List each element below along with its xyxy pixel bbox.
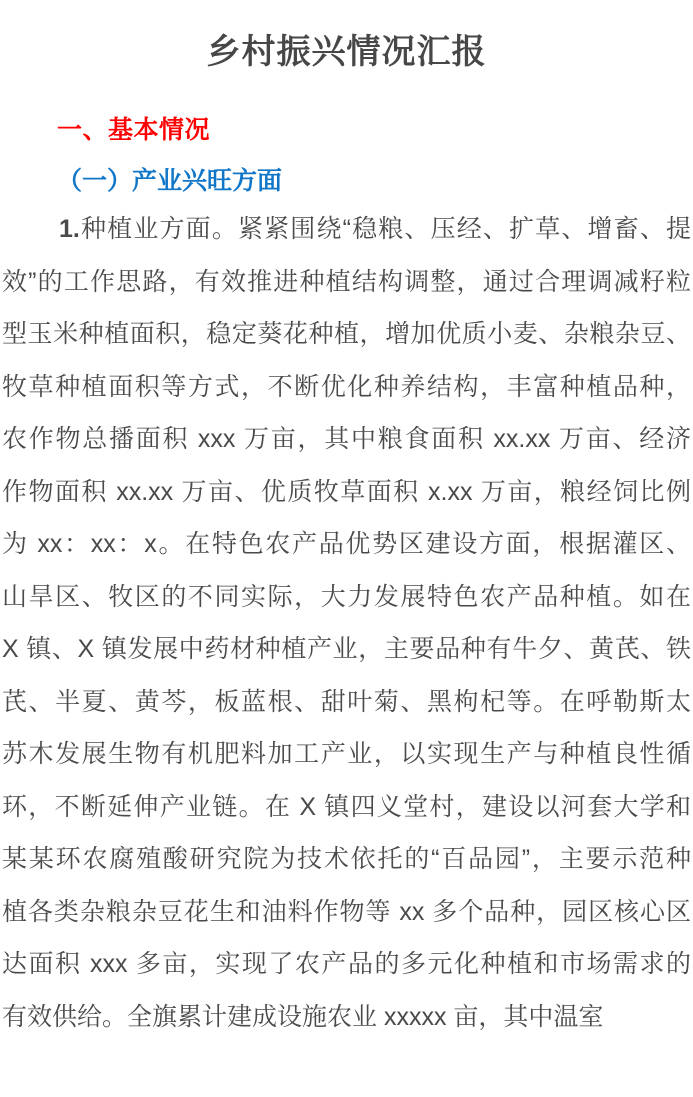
body-paragraph: 1.种植业方面。紧紧围绕“稳粮、压经、扩草、增畜、提 效”的工作思路，有效推进种… — [0, 203, 693, 1043]
section-heading-basic-situation: 一、基本情况 — [0, 113, 693, 147]
paragraph-line-text: 种植业方面。紧紧围绕“稳粮、压经、扩草、增畜、提 — [80, 215, 691, 243]
paragraph-line: 农作物总播面积 xxx 万亩，其中粮食面积 xx.xx 万亩、经济 — [2, 413, 691, 466]
paragraph-line: 作物面积 xx.xx 万亩、优质牧草面积 x.xx 万亩，粮经饲比例 — [2, 466, 691, 519]
paragraph-line: X 镇、X 镇发展中药材种植产业，主要品种有牛夕、黄芪、铁 — [2, 623, 691, 676]
paragraph-line: 有效供给。全旗累计建成设施农业 xxxxx 亩，其中温室 — [2, 991, 691, 1044]
paragraph-line: 某某环农腐殖酸研究院为技术依托的“百品园”，主要示范种 — [2, 833, 691, 886]
paragraph-line: 效”的工作思路，有效推进种植结构调整，通过合理调减籽粒 — [2, 256, 691, 309]
paragraph-line: 环，不断延伸产业链。在 X 镇四义堂村，建设以河套大学和 — [2, 781, 691, 834]
paragraph-line: 达面积 xxx 多亩，实现了农产品的多元化种植和市场需求的 — [2, 938, 691, 991]
paragraph-line: 芪、半夏、黄芩，板蓝根、甜叶菊、黑枸杞等。在呼勒斯太 — [2, 676, 691, 729]
list-number: 1. — [59, 215, 80, 243]
paragraph-line: 山旱区、牧区的不同实际，大力发展特色农产品种植。如在 — [2, 571, 691, 624]
paragraph-line: 植各类杂粮杂豆花生和油料作物等 xx 多个品种，园区核心区 — [2, 886, 691, 939]
paragraph-line: 为 xx：xx：x。在特色农产品优势区建设方面，根据灌区、 — [2, 518, 691, 571]
document-title: 乡村振兴情况汇报 — [0, 28, 693, 76]
paragraph-line: 牧草种植面积等方式，不断优化种养结构，丰富种植品种， — [2, 361, 691, 414]
subsection-heading-industry-prosperity: （一）产业兴旺方面 — [0, 164, 693, 198]
paragraph-line: 苏木发展生物有机肥料加工产业，以实现生产与种植良性循 — [2, 728, 691, 781]
paragraph-line: 型玉米种植面积，稳定葵花种植，增加优质小麦、杂粮杂豆、 — [2, 308, 691, 361]
paragraph-line: 1.种植业方面。紧紧围绕“稳粮、压经、扩草、增畜、提 — [2, 203, 691, 256]
document-page: 乡村振兴情况汇报 一、基本情况 （一）产业兴旺方面 1.种植业方面。紧紧围绕“稳… — [0, 0, 693, 1097]
